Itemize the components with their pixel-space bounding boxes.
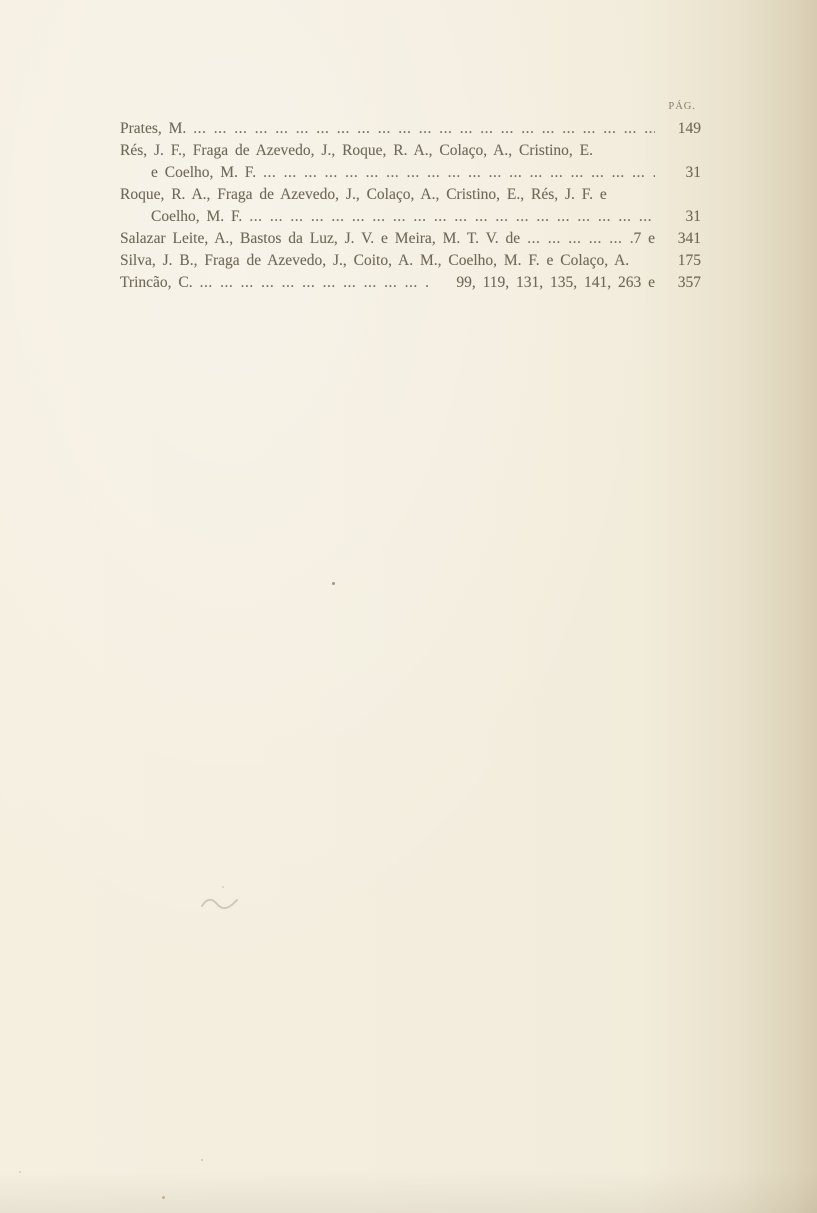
dot-leader: ... ... ... ... ... ... ... ... ... ... … xyxy=(186,118,655,140)
author-names: Coelho, M. F. xyxy=(120,206,242,228)
page-number: 31 xyxy=(655,162,701,184)
dot-leader: ... ... ... ... ... ... ... ... ... ... … xyxy=(256,162,655,184)
inline-page-refs: 7 e xyxy=(633,228,655,250)
page-column-header: PÁG. xyxy=(120,101,701,112)
author-names: Rés, J. F., Fraga de Azevedo, J., Roque,… xyxy=(120,140,593,162)
page-number: 341 xyxy=(655,228,701,250)
index-entry-line: Salazar Leite, A., Bastos da Luz, J. V. … xyxy=(120,228,701,250)
index-entry-line: Silva, J. B., Fraga de Azevedo, J., Coit… xyxy=(120,250,701,272)
author-names: Roque, R. A., Fraga de Azevedo, J., Cola… xyxy=(120,184,607,206)
index-entry-line: Roque, R. A., Fraga de Azevedo, J., Cola… xyxy=(120,184,701,206)
dot-leader: ... ... ... ... ... ... ... ... ... ... … xyxy=(193,272,429,294)
scan-speck xyxy=(201,1159,203,1161)
pencil-squiggle-mark xyxy=(200,893,240,915)
author-names: Silva, J. B., Fraga de Azevedo, J., Coit… xyxy=(120,250,629,272)
scan-speck xyxy=(222,886,224,888)
scan-speck xyxy=(162,1196,165,1199)
index-entry-line: Rés, J. F., Fraga de Azevedo, J., Roque,… xyxy=(120,140,701,162)
author-names: Salazar Leite, A., Bastos da Luz, J. V. … xyxy=(120,228,520,250)
index-entry-line: Trincão, C. ... ... ... ... ... ... ... … xyxy=(120,272,701,294)
page-number: 175 xyxy=(655,250,701,272)
author-names: Prates, M. xyxy=(120,118,186,140)
index-entry-line: Prates, M. ... ... ... ... ... ... ... .… xyxy=(120,118,701,140)
author-names: Trincão, C. xyxy=(120,272,193,294)
inline-page-refs: 99, 119, 131, 135, 141, 263 e xyxy=(428,272,655,294)
scan-speck xyxy=(19,1171,21,1173)
index-entry-line: e Coelho, M. F. ... ... ... ... ... ... … xyxy=(120,162,701,184)
page-number: 31 xyxy=(655,206,701,228)
dot-leader: ... ... ... ... ... ... ... ... ... ... … xyxy=(520,228,633,250)
page-number: 357 xyxy=(655,272,701,294)
dot-leader: ... ... ... ... ... ... ... ... ... ... … xyxy=(242,206,655,228)
author-names: e Coelho, M. F. xyxy=(120,162,256,184)
scanned-book-page: PÁG. Prates, M. ... ... ... ... ... ... … xyxy=(0,0,817,1213)
scan-speck xyxy=(332,582,335,585)
author-index: PÁG. Prates, M. ... ... ... ... ... ... … xyxy=(120,101,701,294)
page-number: 149 xyxy=(655,118,701,140)
index-entry-line: Coelho, M. F. ... ... ... ... ... ... ..… xyxy=(120,206,701,228)
